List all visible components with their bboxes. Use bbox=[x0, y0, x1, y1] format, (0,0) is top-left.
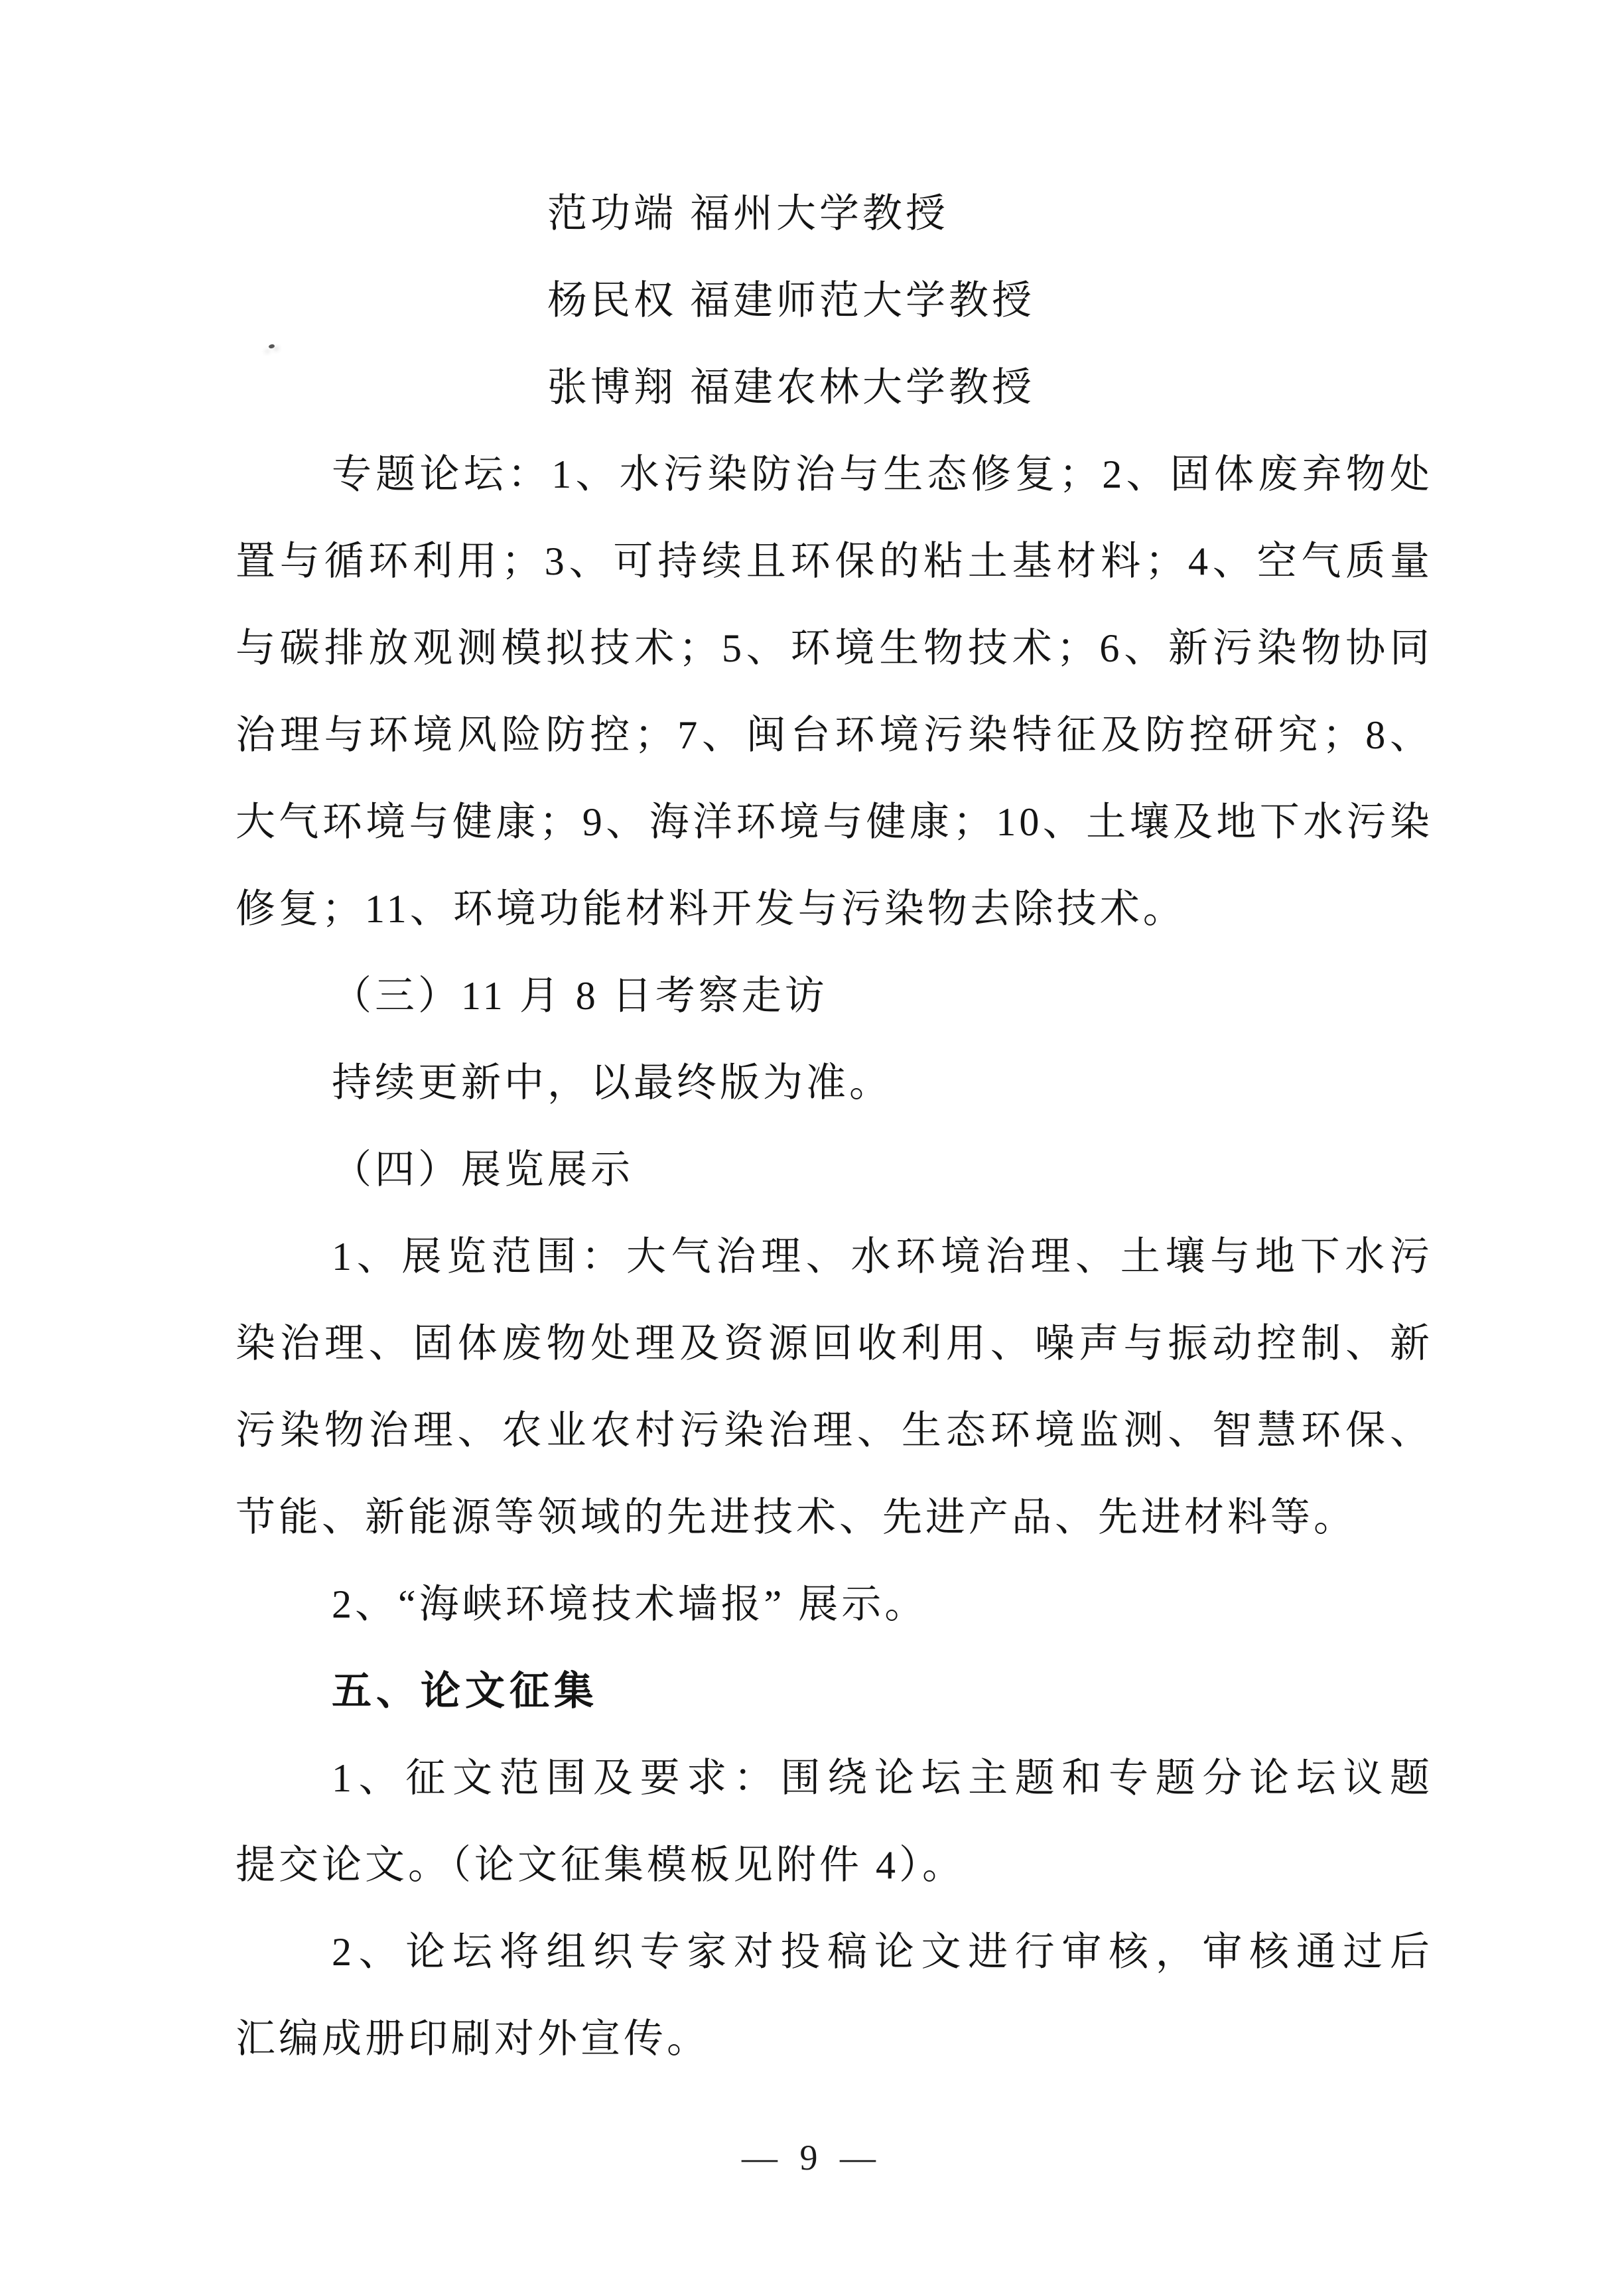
expert-list-item: 张博翔 福建农林大学教授 bbox=[236, 344, 1433, 431]
forum-topics-line: 大气环境与健康；9、海洋环境与健康；10、土壤及地下水污染 bbox=[236, 779, 1433, 866]
exhibition-scope-line: 节能、新能源等领域的先进技术、先进产品、先进材料等。 bbox=[236, 1474, 1433, 1561]
forum-topics-line: 专题论坛：1、水污染防治与生态修复；2、固体废弃物处 bbox=[236, 431, 1433, 518]
expert-list-item: 杨民权 福建师范大学教授 bbox=[236, 257, 1433, 344]
exhibition-scope-line: 1、展览范围：大气治理、水环境治理、土壤与地下水污 bbox=[236, 1214, 1433, 1300]
paper-review-line: 2、论坛将组织专家对投稿论文进行审核，审核通过后 bbox=[236, 1909, 1433, 1996]
section-5-heading: 五、论文征集 bbox=[236, 1648, 1433, 1735]
forum-topics-line: 修复；11、环境功能材料开发与污染物去除技术。 bbox=[236, 866, 1433, 953]
text-block: 范功端 福州大学教授 杨民权 福建师范大学教授 张博翔 福建农林大学教授 专题论… bbox=[236, 171, 1433, 2083]
page-number: — 9 — bbox=[0, 2138, 1624, 2178]
forum-topics-line: 与碳排放观测模拟技术；5、环境生物技术；6、新污染物协同 bbox=[236, 605, 1433, 692]
poster-display-line: 2、“海峡环境技术墙报” 展示。 bbox=[236, 1561, 1433, 1648]
paper-review-line: 汇编成册印刷对外宣传。 bbox=[236, 1996, 1433, 2083]
document-page: 范功端 福州大学教授 杨民权 福建师范大学教授 张博翔 福建农林大学教授 专题论… bbox=[0, 0, 1624, 2293]
exhibition-scope-line: 污染物治理、农业农村污染治理、生态环境监测、智慧环保、 bbox=[236, 1387, 1433, 1474]
section-4-heading: （四）展览展示 bbox=[236, 1127, 1433, 1214]
paper-call-line: 提交论文。（论文征集模板见附件 4）。 bbox=[236, 1822, 1433, 1909]
exhibition-scope-line: 染治理、固体废物处理及资源回收利用、噪声与振动控制、新 bbox=[236, 1300, 1433, 1387]
paper-call-line: 1、征文范围及要求：围绕论坛主题和专题分论坛议题 bbox=[236, 1735, 1433, 1822]
forum-topics-line: 置与循环利用；3、可持续且环保的粘土基材料；4、空气质量 bbox=[236, 518, 1433, 605]
forum-topics-line: 治理与环境风险防控；7、闽台环境污染特征及防控研究；8、 bbox=[236, 692, 1433, 779]
expert-list-item: 范功端 福州大学教授 bbox=[236, 171, 1433, 257]
section-3-heading: （三）11 月 8 日考察走访 bbox=[236, 953, 1433, 1040]
section-3-note: 持续更新中，以最终版为准。 bbox=[236, 1040, 1433, 1127]
